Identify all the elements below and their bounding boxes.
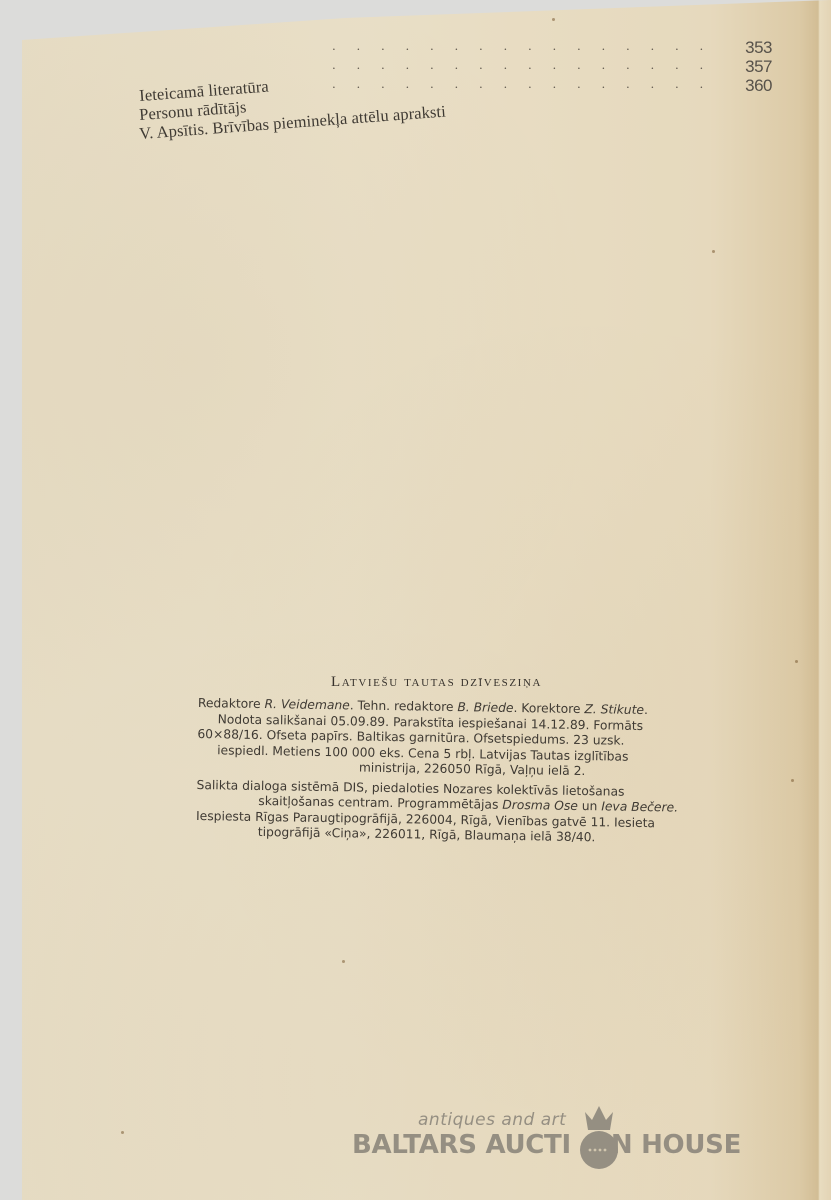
paper-speck [121, 1131, 124, 1134]
toc-entry: . . . . . . . . . . . . . . . . 357 [140, 57, 772, 77]
editor-label: Redaktore [198, 696, 261, 711]
crown-globe-icon [579, 1100, 619, 1170]
toc-leader-dots: . . . . . . . . . . . . . . . . [332, 57, 712, 73]
book-page [22, 0, 831, 1200]
conjunction: un [582, 799, 598, 813]
watermark-name-part: BALTARS AUCTI [352, 1130, 571, 1160]
tech-editor-label: Tehn. redaktore [358, 699, 454, 715]
table-of-contents: . . . . . . . . . . . . . . . . 353 . . … [0, 0, 831, 140]
paper-speck [795, 660, 798, 663]
colophon-title: Latviešu tautas dzīvesziņa [0, 674, 831, 691]
toc-entry: . . . . . . . . . . . . . . . . 353 [140, 38, 772, 58]
programmers-label: skaitļošanas centram. Programmētājas [258, 794, 498, 812]
programmer-name: Drosma Ose [502, 798, 578, 813]
programmer-name: Ieva Bečere. [601, 799, 678, 814]
paper-speck [712, 250, 715, 253]
proofreader-name: Z. Stikute [584, 702, 644, 717]
watermark-name-part: N HOUSE [611, 1130, 741, 1160]
paper-speck [791, 779, 794, 782]
toc-page-number: 353 [745, 38, 772, 58]
toc-leader-dots: . . . . . . . . . . . . . . . . [332, 38, 712, 54]
toc-entry-label-row: V. Apsītis. Brīvības pieminekļa attēlu a… [140, 124, 772, 144]
watermark-name: BALTARS AUCTIN HOUSE [352, 1130, 741, 1160]
watermark-tagline: antiques and art [418, 1110, 566, 1130]
auction-house-watermark: antiques and art BALTARS AUCTIN HOUSE [352, 1100, 752, 1170]
tech-editor-name: B. Briede [457, 700, 513, 715]
proofreader-label: Korektore [521, 701, 580, 716]
toc-page-number: 357 [745, 57, 772, 77]
paper-speck [342, 960, 345, 963]
colophon: Redaktore R. Veidemane. Tehn. redaktore … [196, 696, 703, 847]
editor-name: R. Veidemane [264, 697, 349, 712]
